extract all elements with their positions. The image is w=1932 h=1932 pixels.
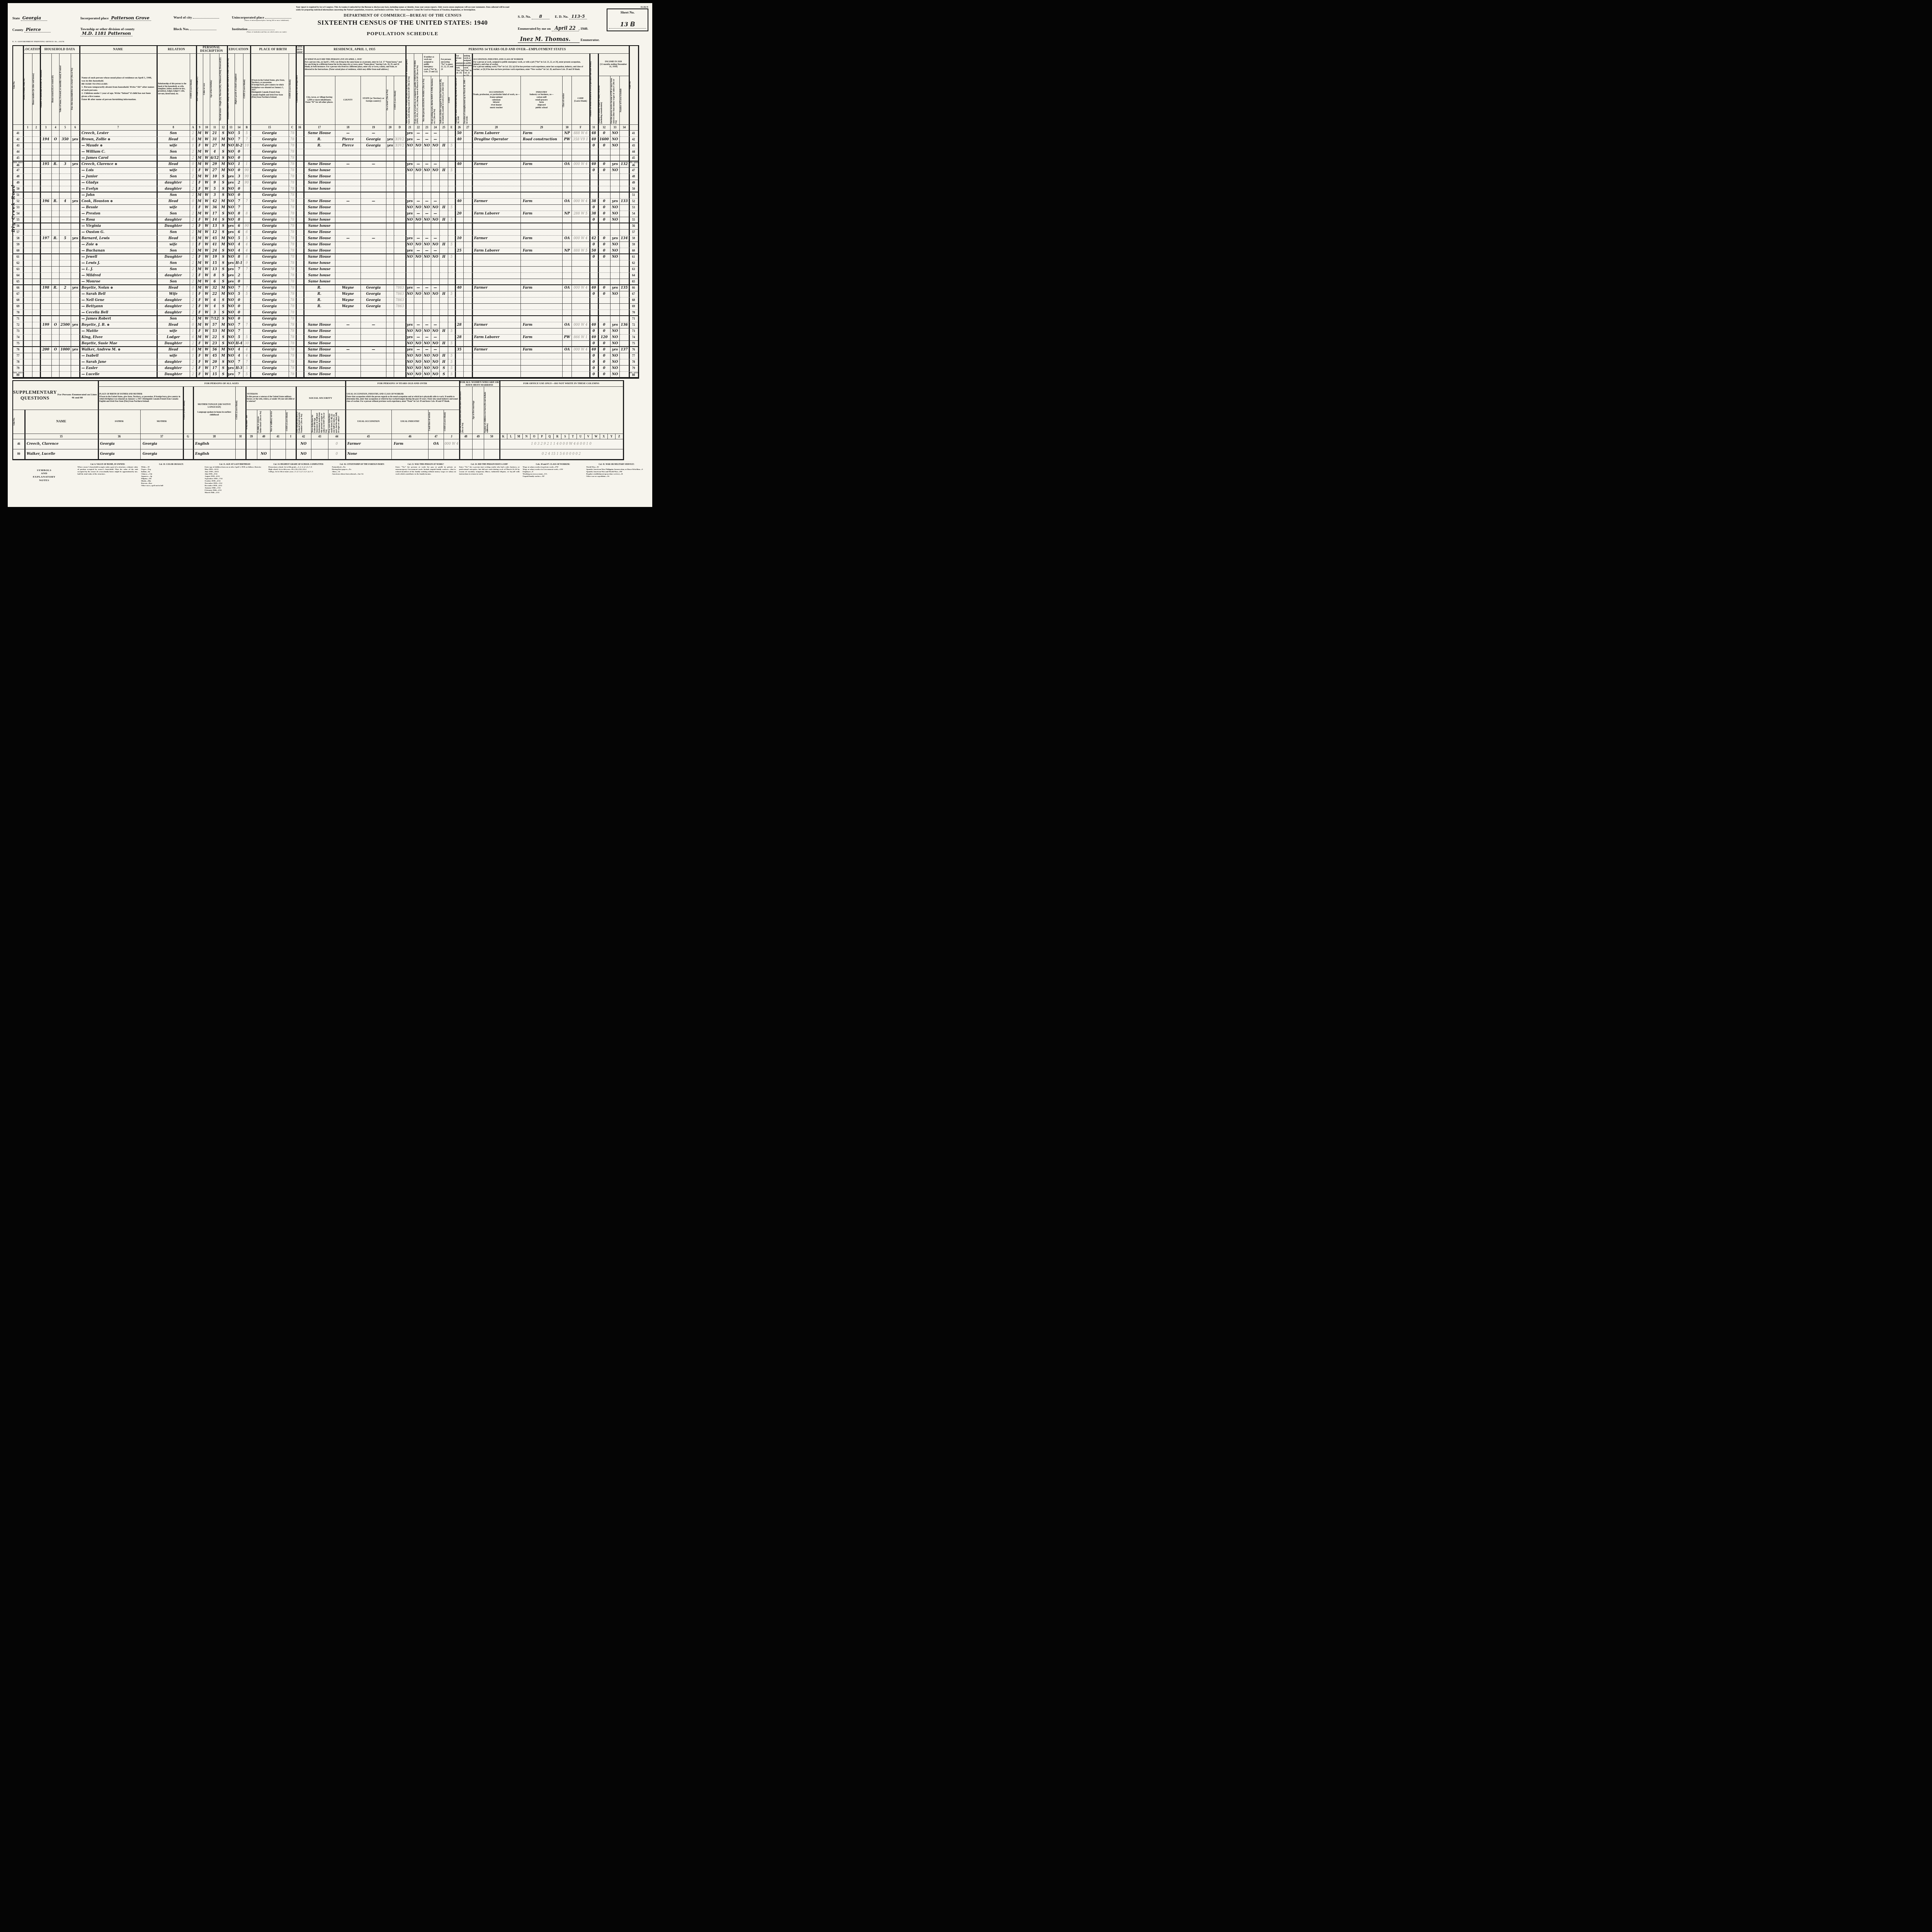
header-cell: USUAL OCCUPATION — [345, 410, 392, 434]
table-cell: Georgia — [250, 217, 289, 223]
header-cell: Attended school or college any time sinc… — [227, 54, 235, 125]
table-cell: 2 — [190, 192, 196, 199]
explanatory-note: Col. 14. HIGHEST GRADE OF SCHOOL COMPLET… — [268, 463, 329, 494]
table-cell — [572, 273, 590, 279]
table-cell — [32, 180, 40, 186]
table-cell — [455, 372, 464, 378]
header-cell: Highest grade of school completed — [235, 54, 243, 125]
table-cell — [23, 260, 32, 267]
table-cell: Same House — [304, 328, 335, 335]
table-cell — [590, 192, 598, 199]
table-cell: Wayne — [335, 291, 361, 298]
table-cell: — Jewell — [80, 254, 157, 260]
table-cell: yes — [227, 180, 235, 186]
table-cell: 2 — [60, 285, 71, 291]
column-number: 8 — [157, 125, 190, 131]
table-cell: SUPPL. QUEST.80 — [629, 372, 638, 378]
table-cell — [423, 180, 431, 186]
table-cell: 78 — [289, 162, 296, 168]
table-cell: — John — [80, 192, 157, 199]
header-cell: NAME — [25, 410, 98, 434]
table-cell — [472, 217, 521, 223]
table-cell — [440, 335, 448, 341]
table-cell: 2 — [190, 223, 196, 230]
table-cell — [394, 347, 406, 353]
table-cell — [448, 316, 455, 322]
column-number: 3 — [40, 125, 52, 131]
header-cell: Number of hours worked during week of Ma… — [455, 76, 464, 125]
table-cell: 8 — [235, 217, 243, 223]
table-cell: — — [423, 285, 431, 291]
table-cell: 50 — [629, 186, 638, 192]
explanatory-note: Cols. 30 and 47. CLASS OF WORKER:Wage or… — [523, 463, 583, 494]
table-cell: F — [196, 372, 203, 378]
table-cell — [52, 335, 60, 341]
table-cell — [611, 174, 620, 180]
table-cell — [620, 366, 629, 372]
table-cell: — — [423, 199, 431, 205]
table-cell: 77 — [629, 353, 638, 359]
table-cell: 2 — [190, 217, 196, 223]
table-cell: M — [196, 199, 203, 205]
table-cell: M — [196, 322, 203, 328]
table-cell: NO — [611, 353, 620, 359]
table-cell — [455, 267, 464, 273]
table-cell: NO — [227, 162, 235, 168]
table-cell: PW — [563, 137, 572, 143]
table-cell — [464, 168, 472, 174]
department-line: DEPARTMENT OF COMMERCE—BUREAU OF THE CEN… — [294, 14, 511, 18]
table-cell: 40 — [590, 137, 598, 143]
table-cell — [521, 242, 563, 248]
table-cell — [464, 192, 472, 199]
table-cell: NO — [227, 155, 235, 162]
table-cell: Georgia — [250, 192, 289, 199]
table-cell — [611, 155, 620, 162]
table-cell: 78 — [289, 186, 296, 192]
table-cell — [455, 149, 464, 155]
table-cell: NO — [227, 131, 235, 137]
table-cell — [32, 205, 40, 211]
table-cell — [563, 366, 572, 372]
table-cell — [394, 335, 406, 341]
table-cell — [40, 155, 52, 162]
table-cell — [246, 439, 257, 449]
table-cell — [361, 353, 386, 359]
table-cell: W — [203, 248, 210, 254]
table-cell — [386, 155, 394, 162]
table-cell — [406, 155, 414, 162]
table-cell — [296, 335, 304, 341]
table-cell — [484, 439, 500, 449]
table-cell: 43 — [13, 143, 23, 149]
table-cell: F — [196, 143, 203, 149]
table-cell: Georgia — [250, 199, 289, 205]
table-cell: Same house — [304, 168, 335, 174]
table-cell — [296, 137, 304, 143]
table-cell — [448, 304, 455, 310]
table-cell — [270, 439, 286, 449]
header-cell: Does this household live on a farm? (Yes… — [71, 54, 80, 125]
table-cell — [598, 267, 611, 273]
table-cell: W — [203, 242, 210, 248]
table-cell: Son — [157, 211, 190, 217]
table-cell: NO — [414, 205, 423, 211]
table-cell: OA — [563, 285, 572, 291]
table-cell: 53 — [210, 328, 219, 335]
header-cell: NAME — [80, 46, 157, 54]
table-cell: Daughter — [157, 223, 190, 230]
header-cell: LOCATION — [23, 46, 40, 54]
table-cell: S — [219, 267, 227, 273]
table-cell: R. — [304, 291, 335, 298]
table-cell — [335, 248, 361, 254]
table-cell — [464, 285, 472, 291]
column-number: 30 — [563, 125, 572, 131]
table-cell: Georgia — [250, 291, 289, 298]
table-cell — [464, 205, 472, 211]
table-cell: 41 — [13, 131, 23, 137]
table-cell — [464, 155, 472, 162]
table-cell — [521, 155, 563, 162]
table-cell: Farm — [521, 131, 563, 137]
table-cell: Georgia — [250, 316, 289, 322]
column-number: 39 — [246, 434, 257, 439]
column-number: 45 — [345, 434, 392, 439]
table-cell — [472, 192, 521, 199]
table-cell: Creech, Lester — [80, 131, 157, 137]
column-number: 6 — [71, 125, 80, 131]
table-cell: NO — [227, 205, 235, 211]
table-cell — [414, 180, 423, 186]
table-cell: yes — [611, 162, 620, 168]
table-cell: 0 — [590, 366, 598, 372]
table-cell — [335, 155, 361, 162]
table-cell — [455, 304, 464, 310]
table-cell — [335, 335, 361, 341]
table-cell: O — [52, 322, 60, 328]
table-cell — [563, 328, 572, 335]
table-cell: S — [219, 217, 227, 223]
table-cell — [71, 316, 80, 322]
header-cell: Number of household in order of visitati… — [40, 54, 52, 125]
table-cell: 19 — [210, 254, 219, 260]
table-cell — [60, 328, 71, 335]
table-cell — [414, 310, 423, 316]
column-number: G — [183, 434, 193, 439]
table-cell: — — [335, 347, 361, 353]
column-number: V — [585, 434, 592, 439]
table-cell: 5 — [210, 186, 219, 192]
table-cell: H — [440, 254, 448, 260]
table-cell: Farmer — [345, 439, 392, 449]
table-cell: yes — [227, 223, 235, 230]
table-cell: Son — [157, 149, 190, 155]
table-cell — [521, 223, 563, 230]
table-cell — [394, 217, 406, 223]
table-cell — [335, 168, 361, 174]
header-cell: If not seeking work, did he HAVE A JOB, … — [431, 76, 440, 125]
header-cell: FATHER — [98, 410, 141, 434]
table-cell: 78 — [629, 359, 638, 366]
table-cell: wife — [157, 143, 190, 149]
field-block: Block Nos. — [173, 27, 230, 36]
table-cell: 4 — [210, 149, 219, 155]
header-cell: PLACE OF BIRTH OF FATHER AND MOTHER If b… — [98, 387, 183, 410]
table-cell — [440, 347, 448, 353]
table-cell: W — [203, 223, 210, 230]
table-cell — [448, 279, 455, 285]
table-cell: 0 — [598, 347, 611, 353]
table-cell — [572, 254, 590, 260]
table-cell: NO — [431, 328, 440, 335]
table-cell — [394, 353, 406, 359]
table-cell — [448, 248, 455, 254]
table-cell: 72 — [629, 322, 638, 328]
header-cell: FOR OFFICE USE ONLY—DO NOT WRITE IN THES… — [500, 381, 623, 387]
table-cell — [423, 230, 431, 236]
table-cell — [32, 316, 40, 322]
table-cell — [296, 310, 304, 316]
table-cell: 38 — [590, 211, 598, 217]
table-cell — [52, 248, 60, 254]
table-cell: 56 — [210, 347, 219, 353]
table-cell — [296, 217, 304, 223]
table-cell: H — [440, 291, 448, 298]
table-cell: 5 — [448, 328, 455, 335]
table-cell: 78 — [289, 267, 296, 273]
table-cell: NO — [611, 254, 620, 260]
table-cell — [620, 341, 629, 347]
table-cell — [414, 298, 423, 304]
table-cell — [60, 242, 71, 248]
table-cell — [71, 248, 80, 254]
table-cell: 78 — [289, 131, 296, 137]
table-cell: — Evelyn — [80, 186, 157, 192]
table-cell: 2 — [190, 316, 196, 322]
table-cell: 78 — [289, 341, 296, 347]
table-cell — [386, 347, 394, 353]
table-cell — [472, 205, 521, 211]
table-cell: 27 — [210, 143, 219, 149]
table-cell: 13 — [210, 267, 219, 273]
table-cell: yes — [71, 137, 80, 143]
table-cell — [414, 149, 423, 155]
table-cell — [563, 149, 572, 155]
table-cell: NO — [227, 199, 235, 205]
table-cell — [521, 310, 563, 316]
table-cell: 0 — [590, 205, 598, 211]
table-cell: — Bettyann — [80, 304, 157, 310]
table-cell: 27 — [210, 168, 219, 174]
table-cell: 79 — [629, 366, 638, 372]
table-cell — [23, 242, 32, 248]
table-cell: M — [219, 242, 227, 248]
table-cell: 42 — [629, 137, 638, 143]
header-cell: Name of each person whose usual place of… — [80, 54, 157, 125]
table-cell: NP — [563, 131, 572, 137]
table-cell: Georgia — [250, 131, 289, 137]
table-cell — [236, 439, 246, 449]
table-cell: H — [440, 242, 448, 248]
table-cell: Farm — [521, 347, 563, 353]
table-cell — [572, 205, 590, 211]
table-cell: M — [196, 260, 203, 267]
table-cell — [563, 230, 572, 236]
header-cell: Were deductions for Federal Old-Age Insu… — [311, 410, 328, 434]
table-cell — [23, 143, 32, 149]
table-cell — [440, 260, 448, 267]
table-cell: NO — [227, 298, 235, 304]
table-cell — [620, 205, 629, 211]
table-cell — [335, 230, 361, 236]
column-number: 41 — [270, 434, 286, 439]
table-cell: — — [335, 162, 361, 168]
table-cell — [32, 149, 40, 155]
table-cell — [423, 273, 431, 279]
table-cell — [464, 273, 472, 279]
table-cell — [448, 149, 455, 155]
table-cell — [335, 174, 361, 180]
table-cell: 8 — [235, 254, 243, 260]
table-cell: 66 — [629, 285, 638, 291]
table-cell — [361, 260, 386, 267]
table-cell: 4 — [235, 248, 243, 254]
table-cell — [394, 155, 406, 162]
table-cell: — Easler — [80, 366, 157, 372]
table-cell — [611, 223, 620, 230]
table-cell — [40, 223, 52, 230]
table-cell: daughter — [157, 217, 190, 223]
column-number: U — [577, 434, 585, 439]
table-cell — [521, 298, 563, 304]
table-cell — [23, 335, 32, 341]
table-cell — [472, 298, 521, 304]
column-number: 31 — [590, 125, 598, 131]
table-cell: 53 — [629, 205, 638, 211]
table-cell: 75 — [629, 341, 638, 347]
table-cell: 78 — [289, 372, 296, 378]
table-cell — [335, 359, 361, 366]
table-cell: NO — [611, 328, 620, 335]
table-cell: Same house — [304, 273, 335, 279]
table-cell: 74 — [629, 335, 638, 341]
table-cell — [563, 279, 572, 285]
table-cell: 1600 — [598, 137, 611, 143]
table-cell: 40 — [590, 162, 598, 168]
table-cell: S — [219, 335, 227, 341]
table-cell: Same House — [304, 359, 335, 366]
table-cell — [440, 316, 448, 322]
table-cell: daughter — [157, 304, 190, 310]
table-cell — [386, 254, 394, 260]
table-cell: Walker, Andrew M. ⊗ — [80, 347, 157, 353]
table-cell: Same House — [304, 372, 335, 378]
table-cell: 17 — [210, 211, 219, 217]
table-cell: daughter — [157, 310, 190, 316]
header-cell: PERSONAL DESCRIPTION — [196, 46, 227, 54]
table-cell: 2 — [190, 131, 196, 137]
column-number: 43 — [311, 434, 328, 439]
table-cell: yes — [406, 285, 414, 291]
table-cell: SUPPL. QUEST.80 — [13, 372, 23, 378]
table-cell — [464, 137, 472, 143]
table-cell: 2 — [190, 267, 196, 273]
table-cell: NO — [431, 353, 440, 359]
table-cell: 40 — [590, 285, 598, 291]
table-cell — [572, 242, 590, 248]
table-cell: 45 — [210, 236, 219, 242]
column-number: 33 — [611, 125, 620, 131]
table-cell — [386, 273, 394, 279]
table-cell — [572, 155, 590, 162]
table-cell — [52, 366, 60, 372]
table-cell: NO — [423, 291, 431, 298]
table-cell — [32, 223, 40, 230]
table-cell — [620, 353, 629, 359]
table-cell: M — [196, 162, 203, 168]
table-cell: yes — [611, 236, 620, 242]
table-cell: F — [196, 310, 203, 316]
table-cell: 2 — [190, 248, 196, 254]
table-cell — [431, 230, 440, 236]
table-cell: 288 W 5 — [572, 211, 590, 217]
table-cell: — — [335, 199, 361, 205]
table-cell: 3 — [210, 192, 219, 199]
table-cell: NO — [406, 341, 414, 347]
table-cell: — James Robert — [80, 316, 157, 322]
table-cell — [386, 341, 394, 347]
table-cell — [32, 254, 40, 260]
table-cell: Farm Laborer — [472, 335, 521, 341]
table-cell: NO — [414, 328, 423, 335]
table-cell — [60, 186, 71, 192]
header-cell: SUPPLEMENTARY QUESTIONSFor Persons Enume… — [13, 381, 98, 410]
table-cell — [60, 304, 71, 310]
table-cell — [23, 366, 32, 372]
table-cell — [394, 310, 406, 316]
table-cell: NO — [611, 341, 620, 347]
table-cell: NO — [406, 291, 414, 298]
table-cell — [440, 155, 448, 162]
table-cell: NO — [414, 217, 423, 223]
table-cell: Head — [157, 347, 190, 353]
table-cell: 2 — [190, 279, 196, 285]
header-cell: HOUSEHOLD DATA — [40, 46, 80, 54]
table-cell — [361, 180, 386, 186]
explanatory-note: Col. 10. COLOR OR RACE:White....W Negro.… — [141, 463, 202, 494]
table-cell: S — [219, 304, 227, 310]
table-cell — [296, 359, 304, 366]
table-cell — [296, 316, 304, 322]
header-cell: INDUSTRY Industry or business, as— cotto… — [521, 76, 563, 125]
table-cell — [440, 322, 448, 328]
table-cell: 67 — [13, 291, 23, 298]
table-cell — [52, 254, 60, 260]
table-cell — [40, 174, 52, 180]
table-cell — [464, 248, 472, 254]
table-cell: 2 — [190, 304, 196, 310]
header-cell: INCOME IN 1939 (12 months ending Decembe… — [598, 54, 629, 76]
table-cell: W — [203, 217, 210, 223]
table-cell: M — [219, 291, 227, 298]
table-cell — [464, 335, 472, 341]
table-cell: 78 — [289, 155, 296, 162]
header-cell: If so, were deductions made from (1) all… — [328, 410, 345, 434]
table-cell: PW — [563, 335, 572, 341]
table-cell: 31 — [210, 137, 219, 143]
table-cell: 0 — [590, 242, 598, 248]
